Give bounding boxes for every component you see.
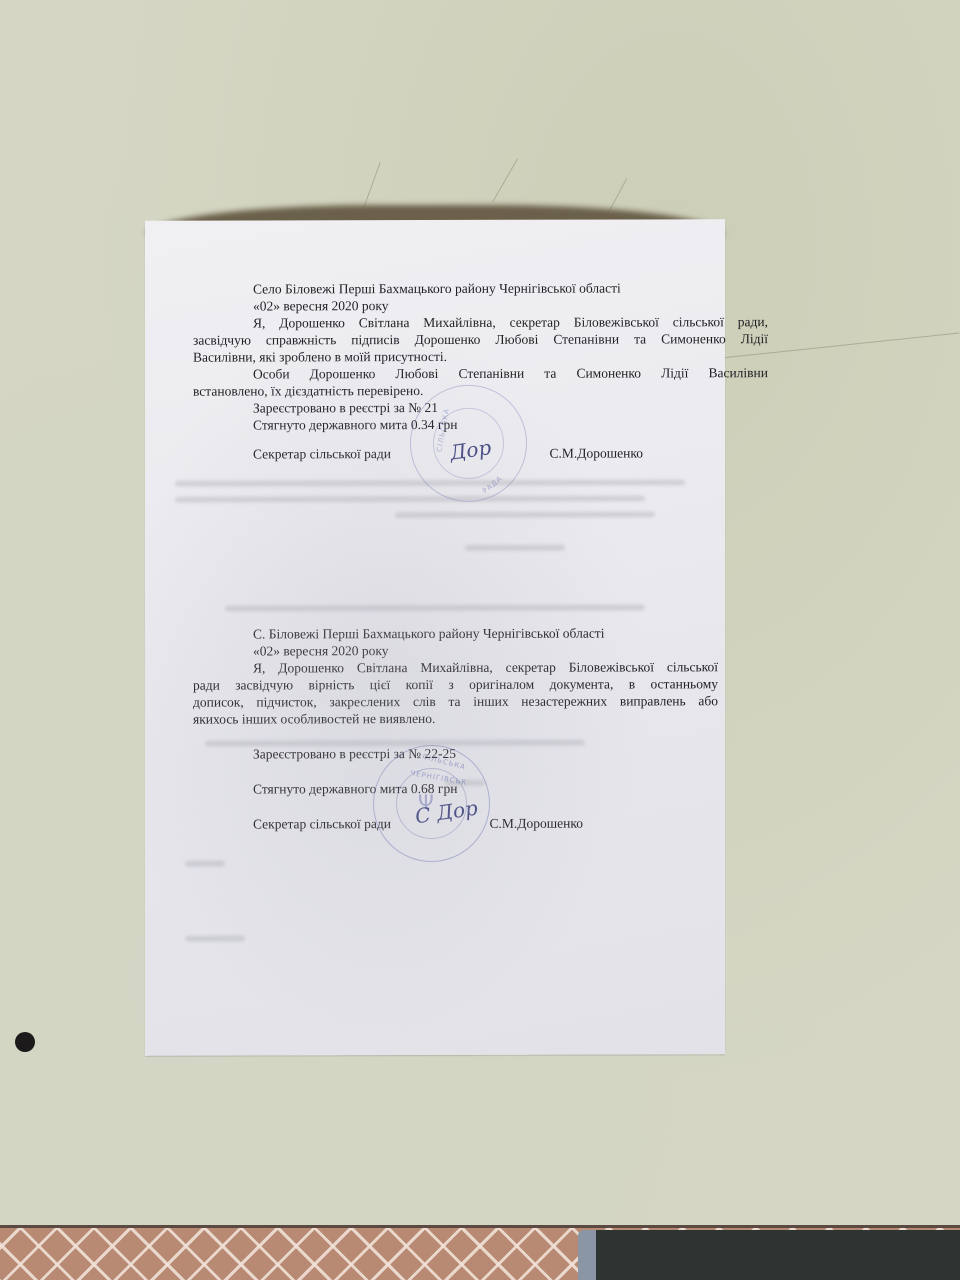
signer-name: С.М.Дорошенко	[550, 444, 643, 461]
handwritten-signature: С Дор	[414, 796, 479, 829]
show-through-text	[175, 479, 685, 486]
show-through-text	[445, 780, 485, 786]
show-through-text	[205, 740, 585, 747]
paragraph-line: встановлено, їх дієздатність перевірено.	[193, 381, 768, 400]
signature-row: Секретар сільської ради С.М.Дорошенко	[193, 815, 583, 833]
certification-2: С. Біловежі Перші Бахмацького району Чер…	[193, 624, 718, 832]
trident-icon: Ψ	[418, 790, 434, 814]
signature-row: Секретар сільської ради С.М.Дорошенко	[193, 444, 643, 462]
paragraph-line: Я, Дорошенко Світлана Михайлівна, секрет…	[193, 313, 768, 332]
paragraph-line: якихось інших особливостей не виявлено.	[193, 709, 718, 727]
registry-line: Зареєстровано в реєстрі за № 21	[193, 398, 768, 417]
date-line: «02» вересня 2020 року	[193, 296, 768, 315]
stamp-text: ЧЕРНІГІВСЬК	[410, 769, 468, 787]
signer-title: Секретар сільської ради	[253, 815, 391, 832]
show-through-text	[185, 935, 245, 941]
certification-1: Село Біловежі Перші Бахмацького району Ч…	[193, 279, 768, 463]
show-through-text	[465, 545, 565, 551]
show-through-text	[395, 511, 655, 518]
stamp-text: СІЛЬСЬКА	[435, 407, 451, 452]
official-stamp: СІЛЬСЬКА ЧЕРНІГІВСЬК Ψ	[373, 745, 490, 862]
stamp-text: СІЛЬСЬКА	[422, 752, 467, 771]
show-through-text	[175, 495, 645, 502]
paragraph-line: Василівни, які зроблено в моїй присутнос…	[193, 347, 768, 366]
registry-line: Зареєстровано в реєстрі за № 22-25	[193, 744, 718, 762]
signer-title: Секретар сільської ради	[253, 445, 391, 462]
table-scratch	[492, 159, 518, 203]
duty-line: Стягнуто державного мита 0.34 грн	[193, 415, 768, 434]
signer-name: С.М.Дорошенко	[490, 815, 583, 832]
handwritten-signature: Дор	[449, 435, 493, 465]
official-stamp: СІЛЬСЬКА РАДА	[410, 385, 527, 502]
paragraph-line: ради засвідчую вірність цієї копії з ори…	[193, 675, 718, 693]
stamp-text: РАДА	[481, 474, 504, 495]
paragraph-line: Особи Дорошенко Любові Степанівни та Сим…	[193, 364, 768, 383]
show-through-text	[185, 861, 225, 867]
duty-line: Стягнуто державного мита 0.68 грн	[193, 779, 718, 797]
show-through-text	[225, 604, 645, 611]
shoe	[578, 1230, 960, 1280]
document-page: Село Біловежі Перші Бахмацького району Ч…	[145, 219, 725, 1056]
location-line: С. Біловежі Перші Бахмацького району Чер…	[193, 624, 718, 642]
paragraph-line: засвідчую справжність підписів Дорошенко…	[193, 330, 768, 349]
location-line: Село Біловежі Перші Бахмацького району Ч…	[193, 279, 768, 298]
table-hole	[15, 1032, 35, 1052]
paragraph-line: дописок, підчисток, закреслених слів та …	[193, 692, 718, 710]
paragraph-line: Я, Дорошенко Світлана Михайлівна, секрет…	[193, 658, 718, 676]
date-line: «02» вересня 2020 року	[193, 641, 718, 659]
